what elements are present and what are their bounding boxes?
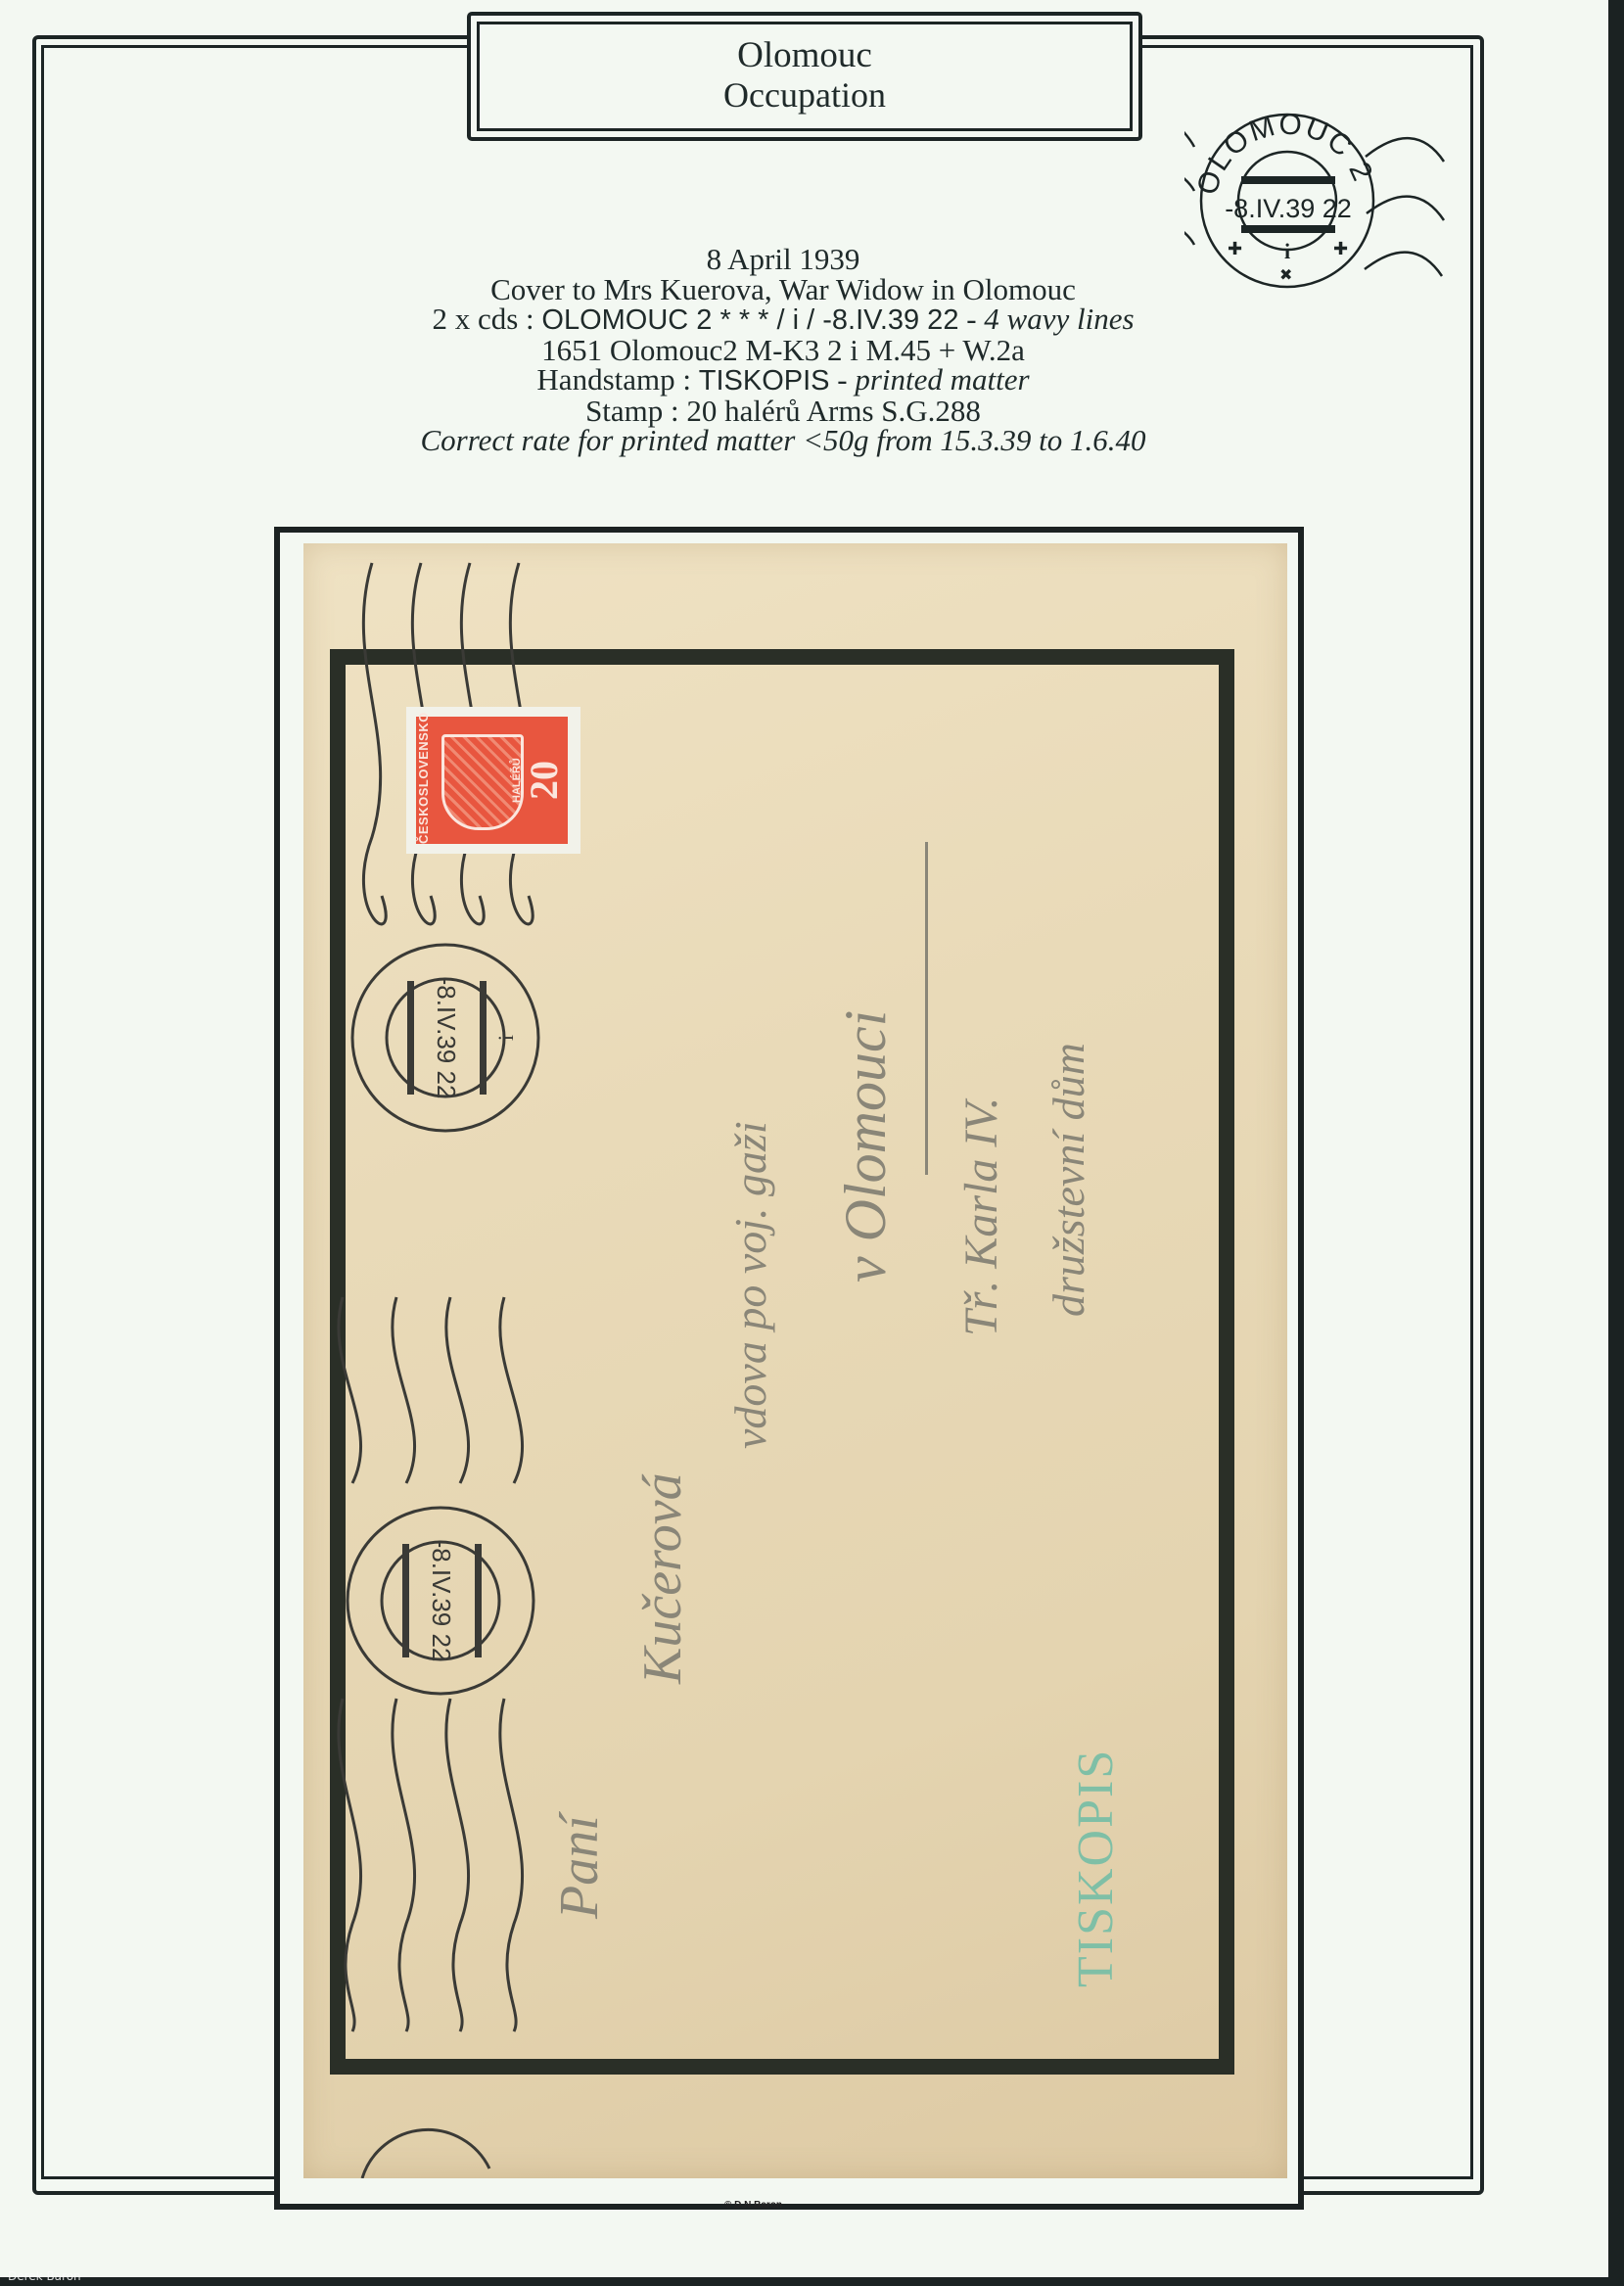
postage-stamp: ČESKOSLOVENSKO HALÉŘŮ 20 [406,707,580,854]
tiskopis-handstamp: TISKOPIS [1067,1749,1125,1987]
cover-summary: Cover to Mrs Kuerova, War Widow in Olomo… [264,275,1302,305]
title-box: Olomouc Occupation [467,12,1142,141]
catalogue-line: 1651 Olomouc2 M-K3 2 i M.45 + W.2a [264,336,1302,366]
cds-line: 2 x cds : OLOMOUC 2 * * * / i / -8.IV.39… [264,304,1302,336]
address-line-2: Kučerová [631,1472,694,1684]
handstamp-line: Handstamp : TISKOPIS - printed matter [264,365,1302,397]
postmark-1: -8.IV.39 22 i [352,945,538,1131]
stamp-value: 20 [524,717,565,844]
cover-date: 8 April 1939 [264,245,1302,275]
rate-line: Correct rate for printed matter <50g fro… [264,426,1302,456]
postmark-illustration-town: OLOMOUC 2 [1191,108,1379,198]
page-subtitle: Occupation [480,75,1130,115]
stamp-country: ČESKOSLOVENSKO [416,717,432,844]
cds-note: 4 wavy lines [984,302,1134,336]
copyright: © D.N.Baron [724,2200,782,2211]
postmark-illustration-date: -8.IV.39 22 [1225,194,1352,223]
svg-text:-8.IV.39 22: -8.IV.39 22 [427,1540,456,1662]
stamp-line: Stamp : 20 halérů Arms S.G.288 [264,397,1302,427]
svg-text:i: i [493,1035,518,1041]
watermark: Derek Baron [8,2269,81,2283]
svg-text:-8.IV.39 22: -8.IV.39 22 [432,977,461,1099]
page-title: Olomouc [480,36,1130,75]
cds-value: OLOMOUC 2 * * * / i / -8.IV.39 22 [541,304,958,336]
scan-edge-bottom [0,2277,1624,2286]
address-line-4: v Olomouci [832,1010,900,1283]
address-line-3: vdova po voj. gaži [724,1121,776,1449]
svg-text:OLOMOUC 2: OLOMOUC 2 [1191,108,1379,198]
handstamp-note: printed matter [855,362,1029,397]
address-line-1: Paní [548,1815,611,1919]
postmark-2: -8.IV.39 22 [348,1508,534,1694]
cover-description: 8 April 1939 Cover to Mrs Kuerova, War W… [264,245,1302,456]
handstamp-value: TISKOPIS [699,365,830,397]
address-line-6: družstevní dům [1043,1043,1094,1317]
address-line-5: Tř. Karla IV. [954,1096,1008,1336]
scan-edge-right [1608,0,1624,2286]
star-icon: ✚ [1333,239,1348,258]
address-underline [925,842,928,1175]
